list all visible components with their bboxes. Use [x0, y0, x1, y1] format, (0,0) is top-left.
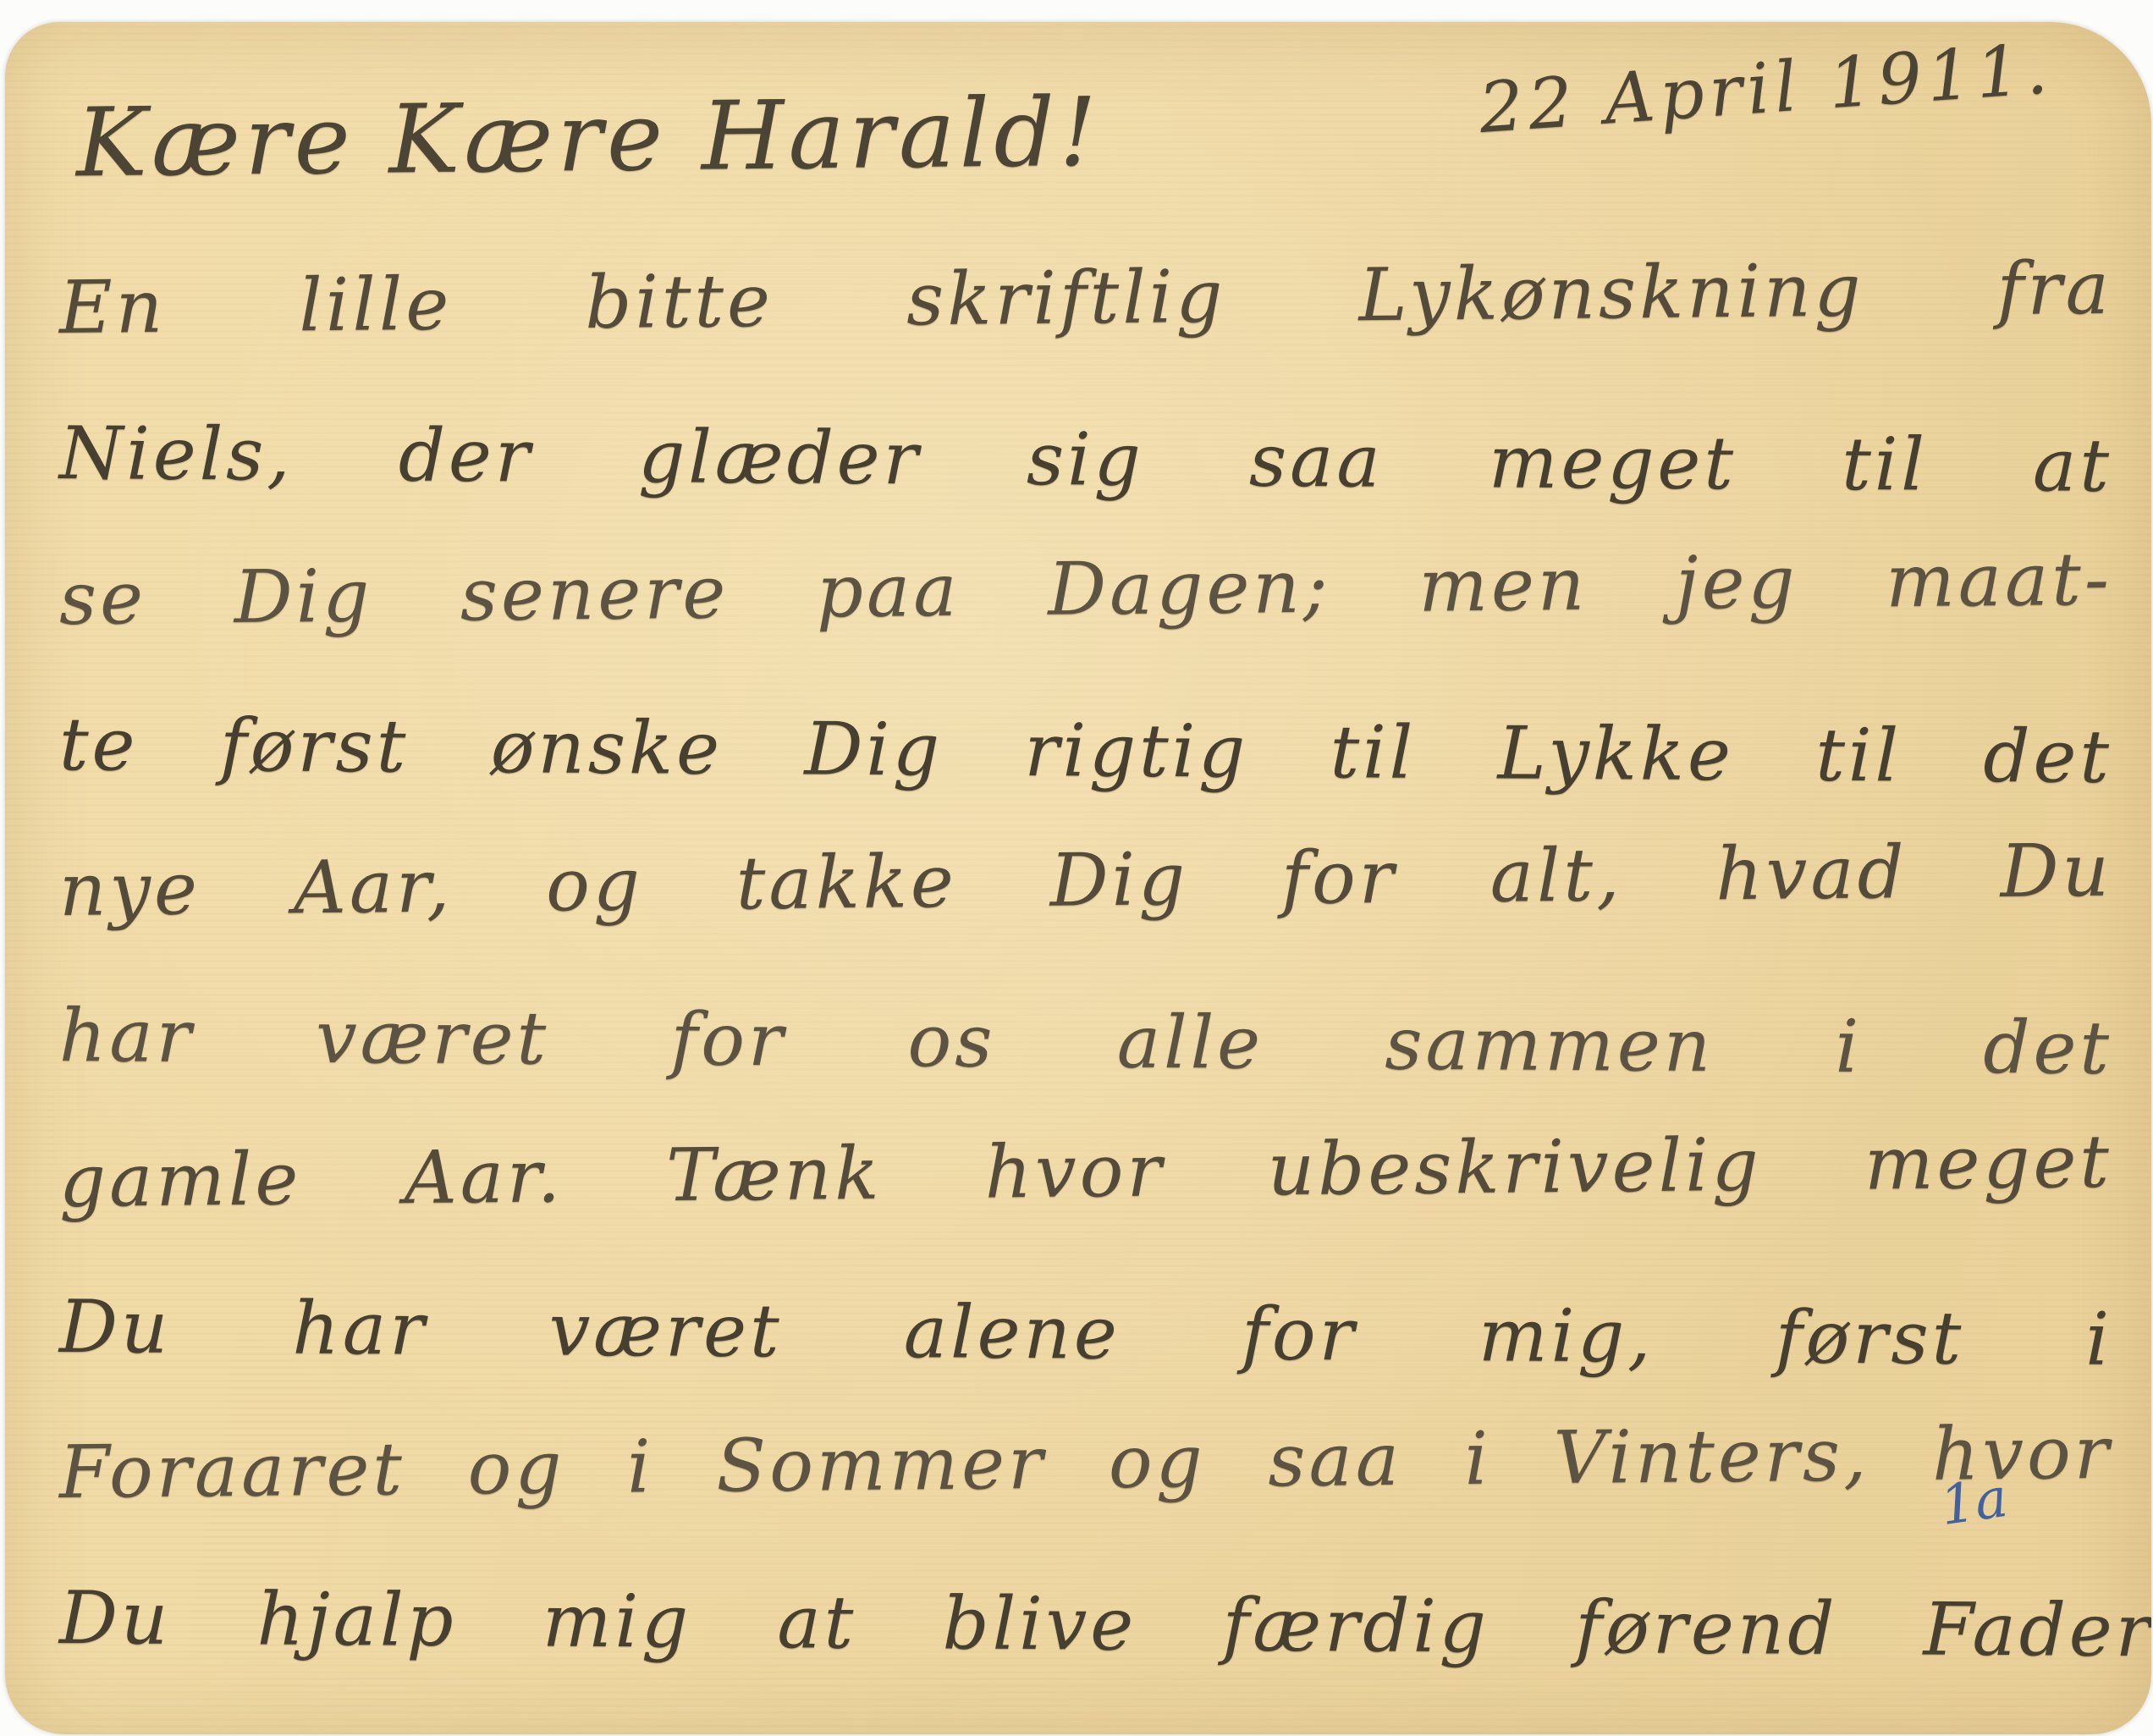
letter-line: Foraaret og i Sommer og saa i Vinters, h…	[58, 1381, 2113, 1546]
letter-line: En lille bitte skriftlig Lykønskning fra	[58, 216, 2113, 381]
letter-body: En lille bitte skriftlig Lykønskning fra…	[59, 235, 2112, 1734]
letter-line: se Dig senere paa Dagen; men jeg maat-	[58, 507, 2113, 672]
letter-date: 22 April 1911.	[1477, 29, 2056, 149]
letter-card: 22 April 1911. Kære Kære Harald! En lill…	[5, 22, 2151, 1734]
letter-salutation: Kære Kære Harald!	[75, 78, 1101, 199]
archival-page-mark: 1a	[1936, 1467, 2011, 1538]
letter-line: Du hjalp mig at blive færdig førend Fade…	[58, 1546, 2151, 1704]
letter-line: gamle Aar. Tænk hvor ubeskrivelig meget	[58, 1089, 2113, 1254]
letter-line: nye Aar, og takke Dig for alt, hvad Du	[58, 798, 2113, 963]
